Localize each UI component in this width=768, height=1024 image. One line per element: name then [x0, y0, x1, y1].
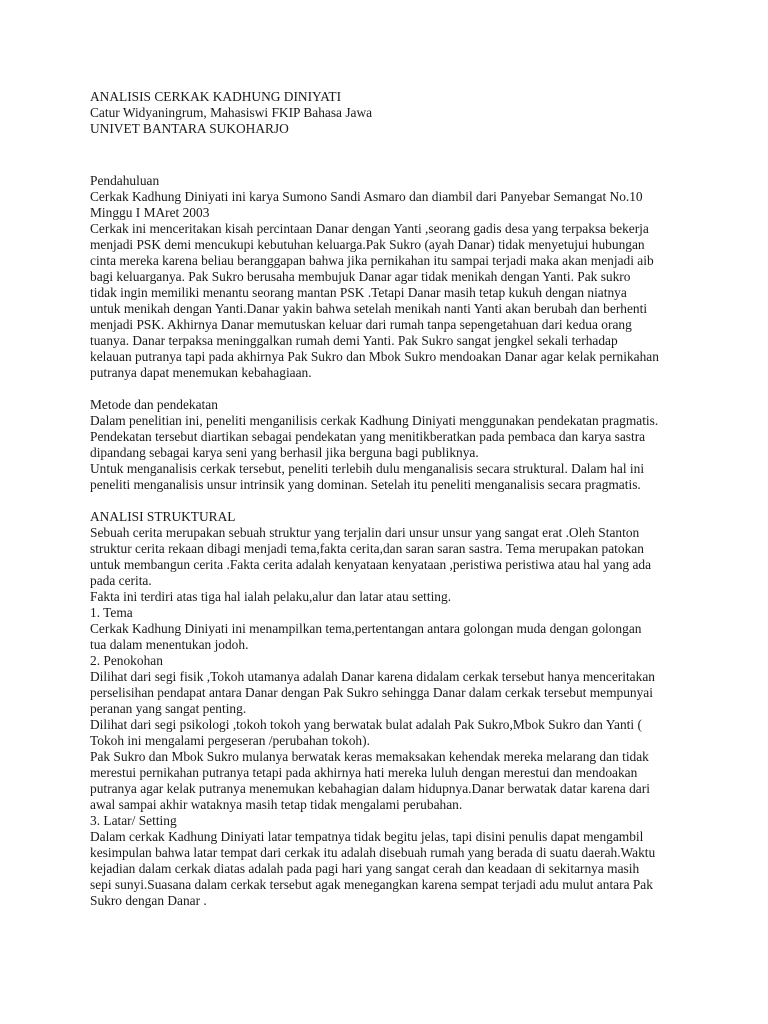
subsection-tema: 1. Tema Cerkak Kadhung Diniyati ini mena… — [90, 605, 690, 653]
section-heading: ANALISI STRUKTURAL — [90, 509, 690, 525]
subsection-heading: 2. Penokohan — [90, 653, 690, 669]
text-line: awal sampai akhir wataknya masih tetap t… — [90, 797, 690, 813]
text-line: Pendekatan tersebut diartikan sebagai pe… — [90, 429, 690, 445]
text-line: dipandang sebagai karya seni yang berhas… — [90, 445, 690, 461]
text-line: kelauan putranya tapi pada akhirnya Pak … — [90, 349, 690, 365]
spacer — [90, 381, 690, 397]
section-heading: Pendahuluan — [90, 173, 690, 189]
text-line: Cerkak ini menceritakan kisah percintaan… — [90, 221, 690, 237]
text-line: Dilihat dari segi psikologi ,tokoh tokoh… — [90, 717, 690, 733]
text-line: untuk menikah dengan Yanti.Danar yakin b… — [90, 301, 690, 317]
text-line: Cerkak Kadhung Diniyati ini karya Sumono… — [90, 189, 690, 205]
text-line: tuanya. Danar terpaksa meninggalkan ruma… — [90, 333, 690, 349]
text-line: menjadi PSK. Akhirnya Danar memutuskan k… — [90, 317, 690, 333]
text-line: kejadian dalam cerkak diatas adalah pada… — [90, 861, 690, 877]
author-line: Catur Widyaningrum, Mahasiswi FKIP Bahas… — [90, 105, 690, 121]
text-line: perselisihan pendapat antara Danar denga… — [90, 685, 690, 701]
text-line: Tokoh ini mengalami pergeseran /perubaha… — [90, 733, 690, 749]
spacer — [90, 493, 690, 509]
subsection-latar: 3. Latar/ Setting Dalam cerkak Kadhung D… — [90, 813, 690, 909]
document-page: ANALISIS CERKAK KADHUNG DINIYATI Catur W… — [90, 89, 690, 909]
section-heading: Metode dan pendekatan — [90, 397, 690, 413]
section-metode: Metode dan pendekatan Dalam penelitian i… — [90, 397, 690, 493]
text-line: Sebuah cerita merupakan sebuah struktur … — [90, 525, 690, 541]
text-line: Dalam cerkak Kadhung Diniyati latar temp… — [90, 829, 690, 845]
subsection-penokohan: 2. Penokohan Dilihat dari segi fisik ,To… — [90, 653, 690, 813]
section-analisis-struktural: ANALISI STRUKTURAL Sebuah cerita merupak… — [90, 509, 690, 909]
text-line: merestui pernikahan putranya tetapi pada… — [90, 765, 690, 781]
text-line: putranya dapat menemukan kebahagiaan. — [90, 365, 690, 381]
text-line: Cerkak Kadhung Diniyati ini menampilkan … — [90, 621, 690, 637]
text-line: untuk membangun cerita .Fakta cerita ada… — [90, 557, 690, 573]
text-line: Fakta ini terdiri atas tiga hal ialah pe… — [90, 589, 690, 605]
text-line: menjadi PSK demi mencukupi kebutuhan kel… — [90, 237, 690, 253]
text-line: Dilihat dari segi fisik ,Tokoh utamanya … — [90, 669, 690, 685]
subsection-heading: 3. Latar/ Setting — [90, 813, 690, 829]
text-line: bagi keluarganya. Pak Sukro berusaha mem… — [90, 269, 690, 285]
text-line: pada cerita. — [90, 573, 690, 589]
document-title: ANALISIS CERKAK KADHUNG DINIYATI — [90, 89, 690, 105]
section-pendahuluan: Pendahuluan Cerkak Kadhung Diniyati ini … — [90, 173, 690, 381]
text-line: Sukro dengan Danar . — [90, 893, 690, 909]
text-line: Minggu I MAret 2003 — [90, 205, 690, 221]
text-line: peneliti menganalisis unsur intrinsik ya… — [90, 477, 690, 493]
text-line: tidak ingin memiliki menantu seorang man… — [90, 285, 690, 301]
spacer — [90, 137, 690, 173]
institution-line: UNIVET BANTARA SUKOHARJO — [90, 121, 690, 137]
subsection-heading: 1. Tema — [90, 605, 690, 621]
text-line: Untuk menganalisis cerkak tersebut, pene… — [90, 461, 690, 477]
document-header: ANALISIS CERKAK KADHUNG DINIYATI Catur W… — [90, 89, 690, 137]
text-line: struktur cerita rekaan dibagi menjadi te… — [90, 541, 690, 557]
text-line: peranan yang sangat penting. — [90, 701, 690, 717]
text-line: tua dalam menentukan jodoh. — [90, 637, 690, 653]
text-line: cinta mereka karena beliau beranggapan b… — [90, 253, 690, 269]
text-line: Pak Sukro dan Mbok Sukro mulanya berwata… — [90, 749, 690, 765]
text-line: Dalam penelitian ini, peneliti menganili… — [90, 413, 690, 429]
text-line: sepi sunyi.Suasana dalam cerkak tersebut… — [90, 877, 690, 893]
text-line: kesimpulan bahwa latar tempat dari cerka… — [90, 845, 690, 861]
text-line: putranya agar kelak putranya menemukan k… — [90, 781, 690, 797]
